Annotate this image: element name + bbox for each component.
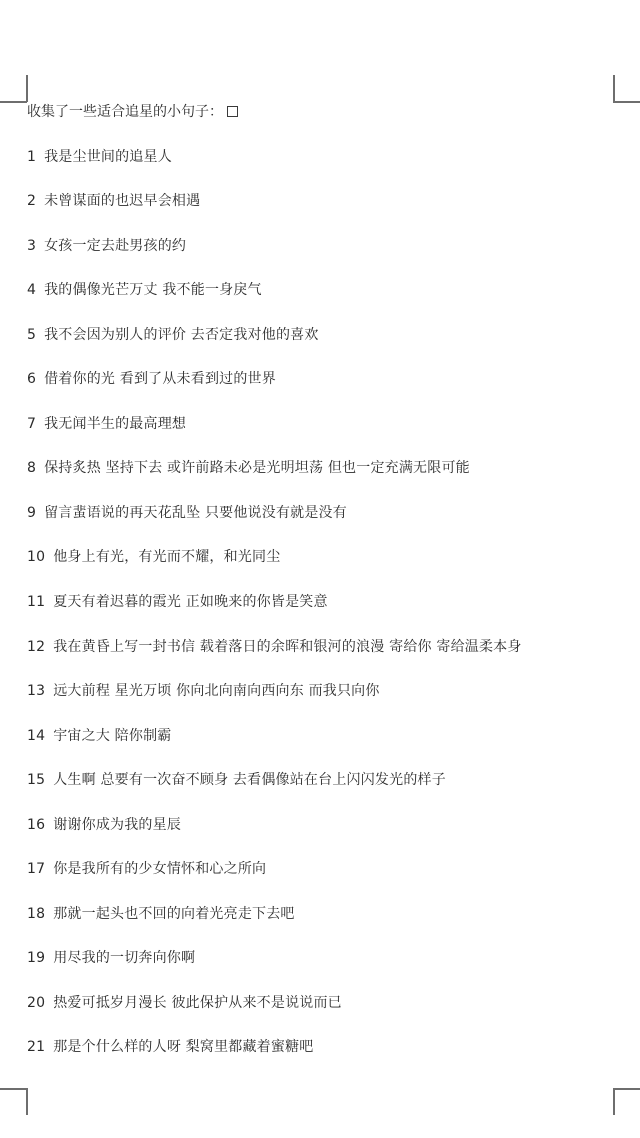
- crop-mark-top-right-vertical: [613, 75, 615, 102]
- item-number: 15: [27, 769, 45, 791]
- item-text: 我的偶像光芒万丈 我不能一身戾气: [44, 282, 262, 298]
- item-number: 4: [27, 279, 36, 301]
- list-item: 6借着你的光 看到了从未看到过的世界: [27, 368, 617, 413]
- item-number: 13: [27, 680, 45, 702]
- empty-box-icon: [227, 106, 238, 117]
- crop-mark-top-left-vertical: [26, 75, 28, 102]
- list-item: 4我的偶像光芒万丈 我不能一身戾气: [27, 279, 617, 324]
- item-number: 20: [27, 992, 45, 1014]
- list-item: 19用尽我的一切奔向你啊: [27, 947, 617, 992]
- item-number: 19: [27, 947, 45, 969]
- list-item: 15人生啊 总要有一次奋不顾身 去看偶像站在台上闪闪发光的样子: [27, 769, 617, 814]
- crop-mark-bottom-left-vertical: [26, 1088, 28, 1115]
- crop-mark-bottom-right-horizontal: [613, 1088, 640, 1090]
- item-text: 我无闻半生的最高理想: [44, 416, 186, 432]
- item-text: 远大前程 星光万顷 你向北向南向西向东 而我只向你: [53, 683, 379, 699]
- item-text: 人生啊 总要有一次奋不顾身 去看偶像站在台上闪闪发光的样子: [53, 772, 446, 788]
- crop-mark-top-left-horizontal: [0, 101, 27, 103]
- item-text: 宇宙之大 陪你制霸: [53, 728, 171, 744]
- item-text: 我是尘世间的追星人: [44, 149, 172, 165]
- list-item: 16谢谢你成为我的星辰: [27, 814, 617, 859]
- item-number: 21: [27, 1036, 45, 1058]
- list-item: 21那是个什么样的人呀 梨窝里都藏着蜜糖吧: [27, 1036, 617, 1081]
- item-text: 热爱可抵岁月漫长 彼此保护从来不是说说而已: [53, 995, 342, 1011]
- item-text: 那是个什么样的人呀 梨窝里都藏着蜜糖吧: [53, 1039, 313, 1055]
- item-number: 5: [27, 324, 36, 346]
- item-text: 你是我所有的少女情怀和心之所向: [53, 861, 266, 877]
- list-item: 5我不会因为别人的评价 去否定我对他的喜欢: [27, 324, 617, 369]
- item-text: 我在黄昏上写一封书信 载着落日的余晖和银河的浪漫 寄给你 寄给温柔本身: [53, 639, 521, 655]
- list-item: 1我是尘世间的追星人: [27, 146, 617, 191]
- crop-mark-bottom-right-vertical: [613, 1088, 615, 1115]
- item-text: 我不会因为别人的评价 去否定我对他的喜欢: [44, 327, 318, 343]
- item-number: 8: [27, 457, 36, 479]
- list-item: 8保持炙热 坚持下去 或许前路未必是光明坦荡 但也一定充满无限可能: [27, 457, 617, 502]
- crop-mark-bottom-left-horizontal: [0, 1088, 27, 1090]
- item-number: 18: [27, 903, 45, 925]
- list-item: 18那就一起头也不回的向着光亮走下去吧: [27, 903, 617, 948]
- item-text: 谢谢你成为我的星辰: [53, 817, 181, 833]
- list-item: 9留言蜚语说的再天花乱坠 只要他说没有就是没有: [27, 502, 617, 547]
- item-text: 用尽我的一切奔向你啊: [53, 950, 195, 966]
- item-text: 未曾谋面的也迟早会相遇: [44, 193, 200, 209]
- list-item: 13远大前程 星光万顷 你向北向南向西向东 而我只向你: [27, 680, 617, 725]
- list-item: 2未曾谋面的也迟早会相遇: [27, 190, 617, 235]
- item-number: 7: [27, 413, 36, 435]
- list-item: 12我在黄昏上写一封书信 载着落日的余晖和银河的浪漫 寄给你 寄给温柔本身: [27, 636, 617, 681]
- title-text: 收集了一些适合追星的小句子：: [27, 104, 223, 120]
- item-number: 6: [27, 368, 36, 390]
- item-number: 17: [27, 858, 45, 880]
- list-item: 7我无闻半生的最高理想: [27, 413, 617, 458]
- item-number: 16: [27, 814, 45, 836]
- item-number: 12: [27, 636, 45, 658]
- item-text: 保持炙热 坚持下去 或许前路未必是光明坦荡 但也一定充满无限可能: [44, 460, 470, 476]
- document-body: 收集了一些适合追星的小句子： 1我是尘世间的追星人 2未曾谋面的也迟早会相遇 3…: [27, 101, 617, 1081]
- item-text: 夏天有着迟暮的霞光 正如晚来的你皆是笑意: [53, 594, 327, 610]
- item-text: 那就一起头也不回的向着光亮走下去吧: [53, 906, 294, 922]
- list-item: 20热爱可抵岁月漫长 彼此保护从来不是说说而已: [27, 992, 617, 1037]
- item-text: 借着你的光 看到了从未看到过的世界: [44, 371, 276, 387]
- document-title: 收集了一些适合追星的小句子：: [27, 101, 617, 146]
- item-text: 他身上有光，有光而不耀，和光同尘: [53, 549, 280, 565]
- list-item: 17你是我所有的少女情怀和心之所向: [27, 858, 617, 903]
- item-number: 3: [27, 235, 36, 257]
- item-number: 2: [27, 190, 36, 212]
- item-number: 1: [27, 146, 36, 168]
- list-item: 14宇宙之大 陪你制霸: [27, 725, 617, 770]
- document-page: 收集了一些适合追星的小句子： 1我是尘世间的追星人 2未曾谋面的也迟早会相遇 3…: [0, 0, 640, 1138]
- list-item: 3女孩一定去赴男孩的约: [27, 235, 617, 280]
- item-number: 10: [27, 546, 45, 568]
- item-number: 9: [27, 502, 36, 524]
- crop-mark-top-right-horizontal: [613, 101, 640, 103]
- item-text: 女孩一定去赴男孩的约: [44, 238, 186, 254]
- item-text: 留言蜚语说的再天花乱坠 只要他说没有就是没有: [44, 505, 347, 521]
- item-number: 11: [27, 591, 45, 613]
- list-item: 10他身上有光，有光而不耀，和光同尘: [27, 546, 617, 591]
- item-number: 14: [27, 725, 45, 747]
- list-item: 11夏天有着迟暮的霞光 正如晚来的你皆是笑意: [27, 591, 617, 636]
